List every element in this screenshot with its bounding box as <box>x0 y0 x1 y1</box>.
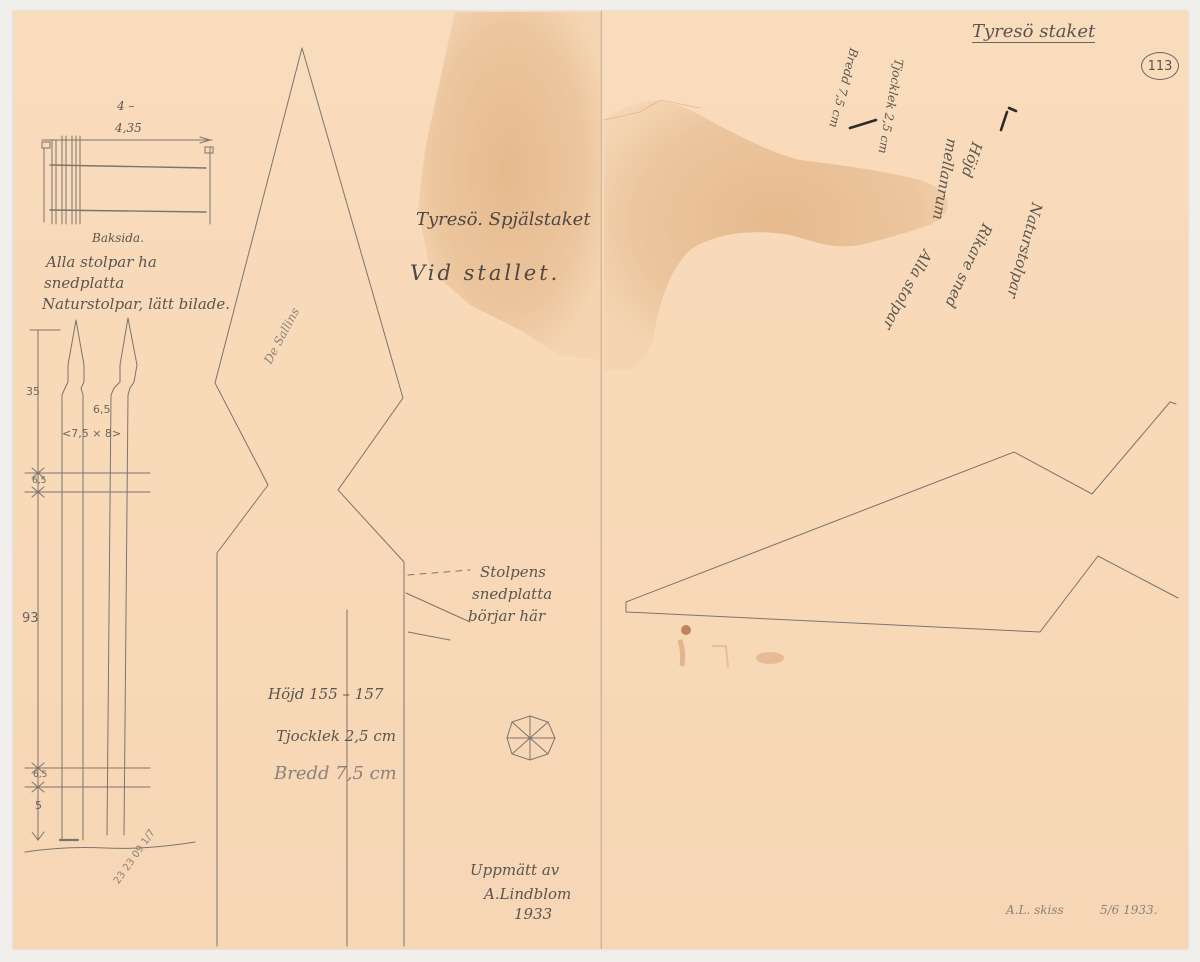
fence-caption: Baksida. <box>92 232 144 245</box>
dim-bottom: 5 <box>35 800 42 812</box>
dim-section-top: 6,5 <box>93 404 111 416</box>
signature-right-date: 5/6 1933. <box>1100 904 1157 917</box>
sheet-title: Tyresö staket <box>972 22 1095 43</box>
archive-number: 113 <box>1141 52 1179 80</box>
signature-center-line-2: A.Lindblom <box>484 886 571 903</box>
main-title-line-1: Tyresö. Spjälstaket <box>416 210 591 230</box>
picket-spec-width: Bredd 7,5 cm <box>274 764 397 784</box>
post-note-line-2: snedplatta <box>472 586 552 603</box>
dim-section: <7,5 × 8> <box>62 428 121 440</box>
dim-middle: 6,5 <box>32 477 46 487</box>
fence-note-1: Alla stolpar ha <box>46 254 157 271</box>
signature-center-line-1: Uppmätt av <box>470 862 559 879</box>
fold-line <box>601 11 603 949</box>
pencil-drawing <box>0 0 1200 962</box>
fence-note-2: snedplatta <box>44 275 124 292</box>
signature-center-year: 1933 <box>514 906 552 923</box>
fence-note-3: Naturstolpar, lätt bilade. <box>42 296 230 313</box>
post-note-line-1: Stolpens <box>480 564 546 581</box>
picket-sketch-inverted <box>626 402 1178 632</box>
fence-width-label-top: 4 – <box>117 100 134 113</box>
signature-right-name: A.L. skiss <box>1006 904 1064 917</box>
dim-lower: 6,5 <box>33 771 47 781</box>
dim-top-height: 35 <box>26 386 40 398</box>
dim-main-height: 93 <box>22 612 39 626</box>
post-profile-sketch <box>25 318 195 852</box>
post-note-line-3: börjar här <box>468 608 545 625</box>
octagon-section-sketch <box>507 716 555 760</box>
fence-elevation-sketch <box>42 136 213 224</box>
fence-width-label: 4,35 <box>115 122 142 135</box>
picket-spec-thickness: Tjocklek 2,5 cm <box>276 728 396 745</box>
main-title-line-2: Vid stallet. <box>410 262 560 285</box>
picket-spec-height: Höjd 155 – 157 <box>268 686 383 703</box>
